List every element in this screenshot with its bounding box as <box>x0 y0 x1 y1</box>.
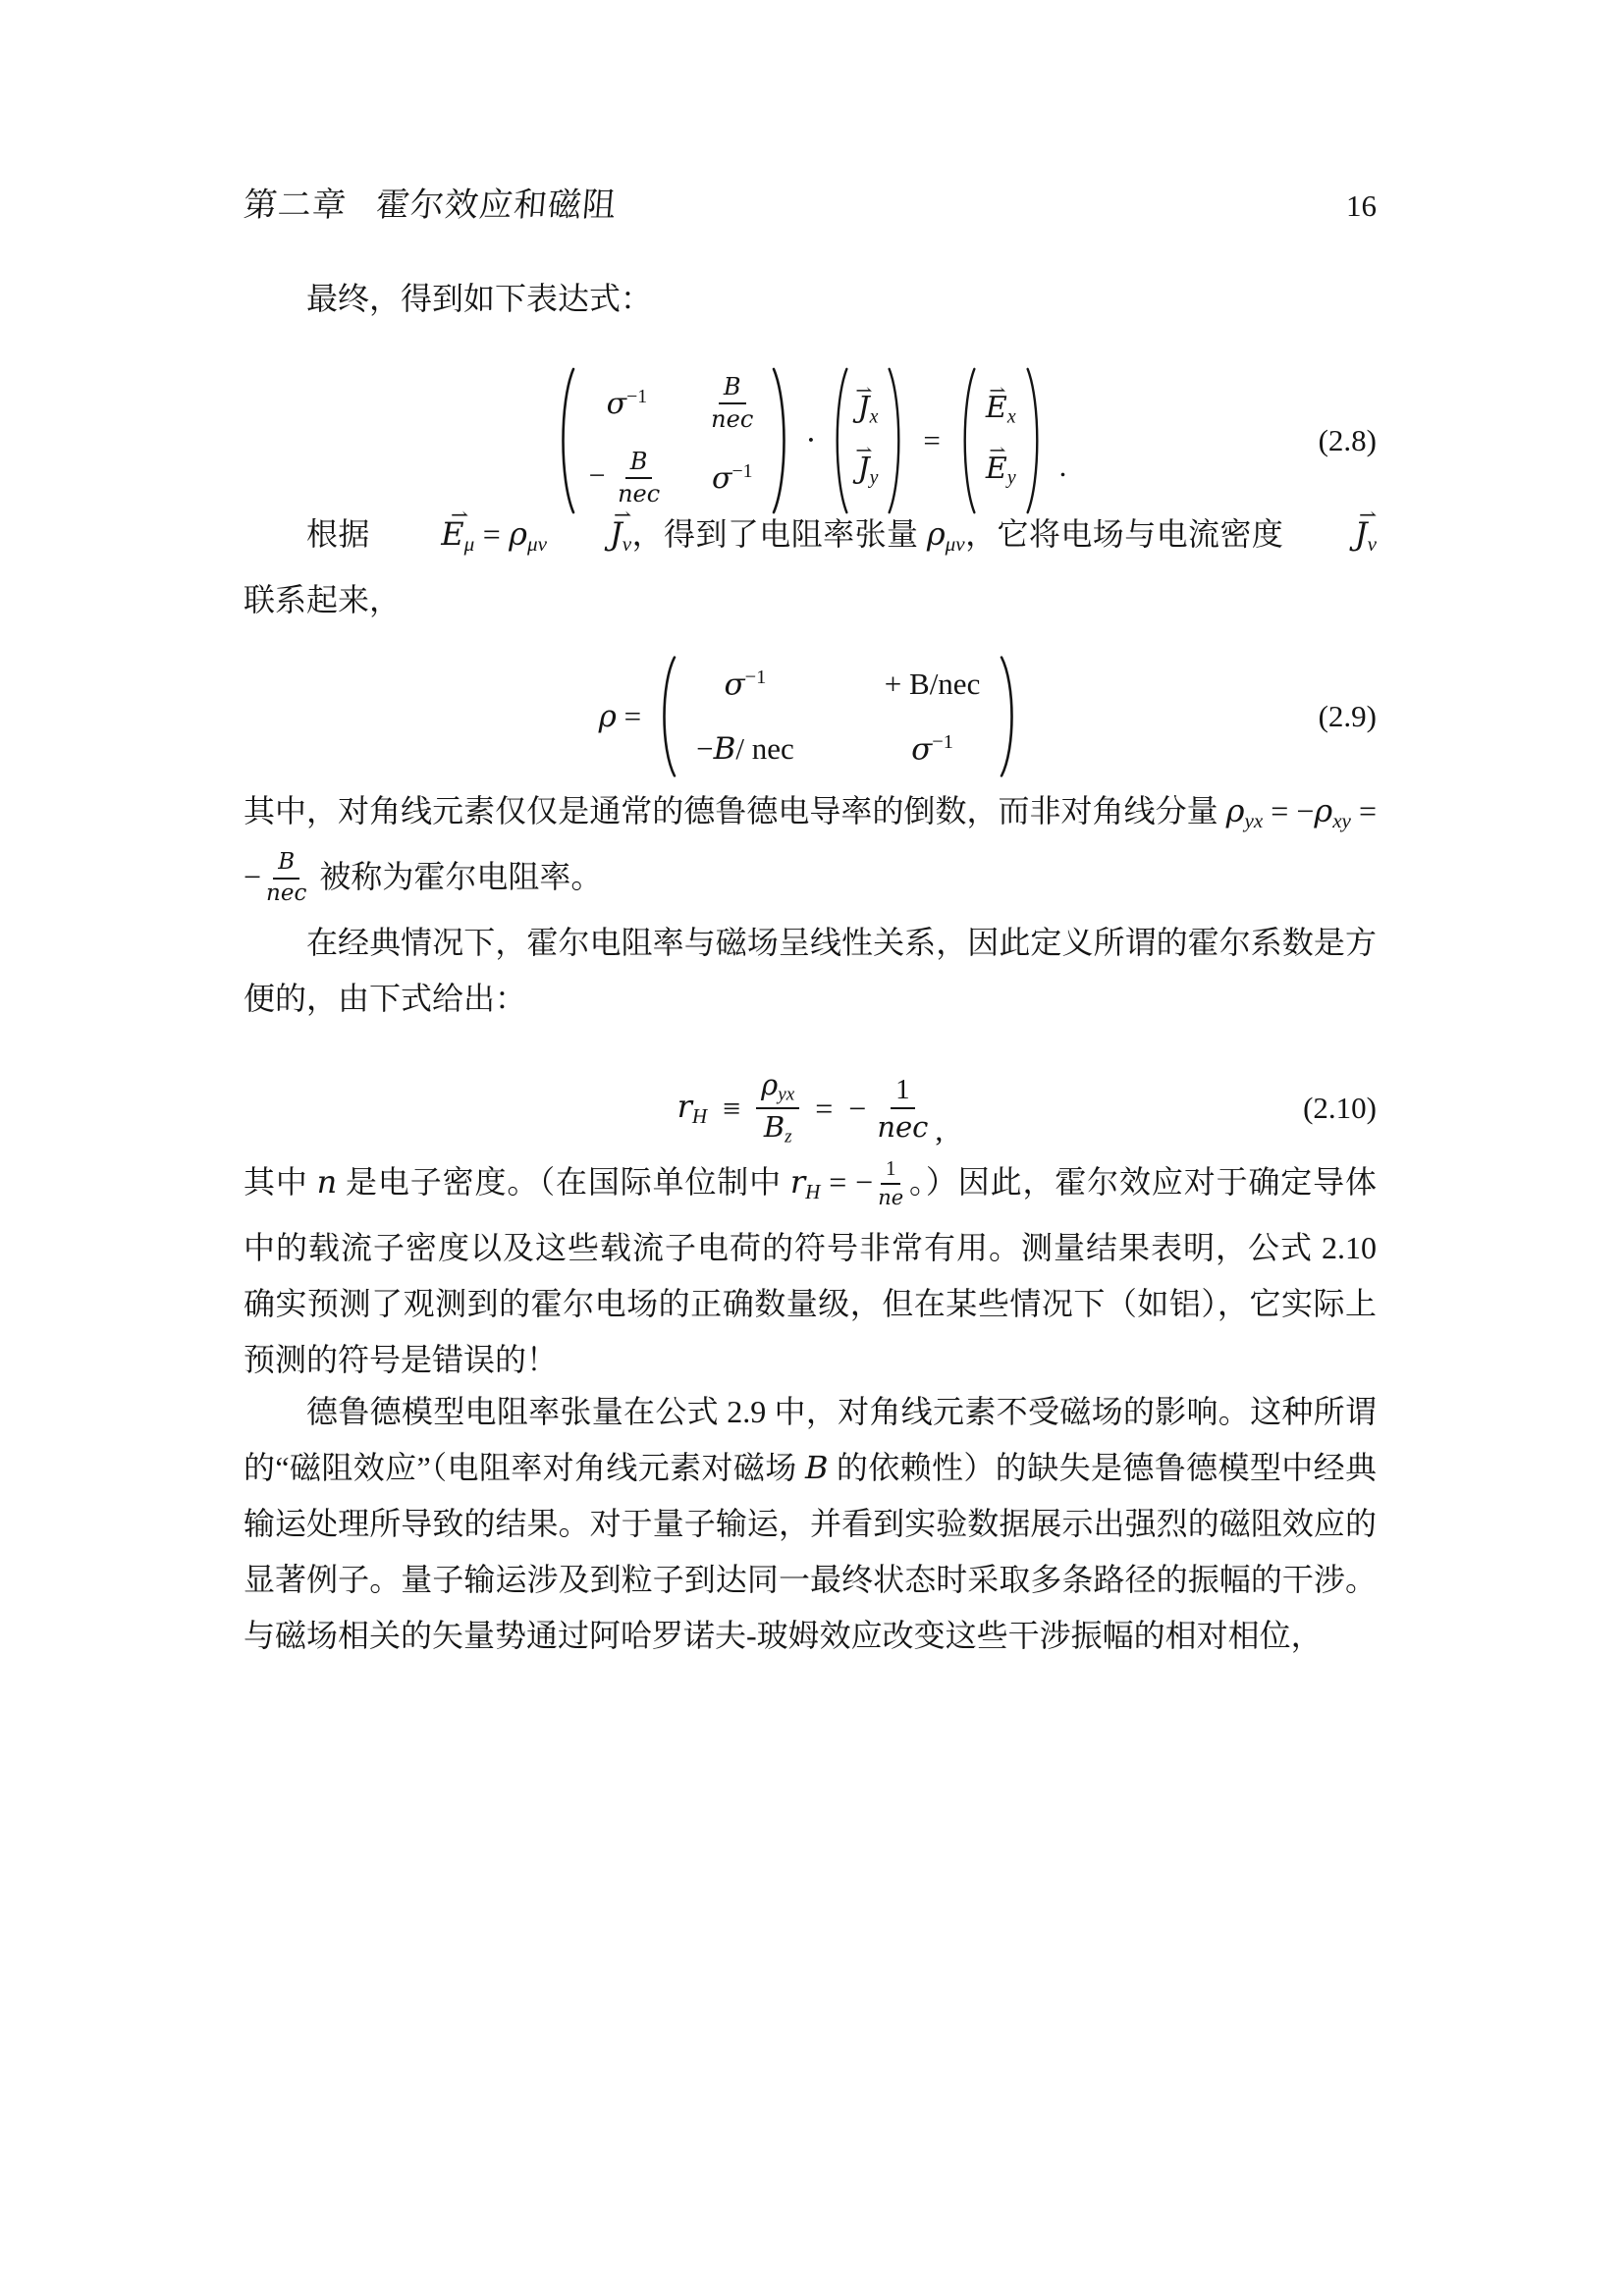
matrix-cells: σ−1 Bnec − Bnec σ−1 <box>577 374 771 507</box>
fraction: 1ne <box>873 1157 908 1209</box>
rho-equals: ρ = <box>599 699 641 734</box>
equation-number: (2.8) <box>1319 423 1377 458</box>
vec-arrow-icon: ⇀ <box>382 507 469 526</box>
dot-operator: · <box>805 422 816 459</box>
equation-2-10: rH ≡ ρyxBz = − 1nec , (2.10) <box>244 1070 1377 1147</box>
vector-E: ⇀E <box>986 454 1007 484</box>
matrix-entry: −B/ nec <box>696 731 794 767</box>
paragraph-hall-resistivity: 其中，对角线元素仅仅是通常的德鲁德电导率的倒数，而非对角线分量 ρyx = −ρ… <box>244 783 1377 908</box>
paren-right-icon <box>770 366 793 515</box>
fraction: Bnec <box>261 850 311 907</box>
vec-arrow-icon: ⇀ <box>1290 507 1378 526</box>
matrix-entry: + B/nec <box>885 667 981 702</box>
matrix-entry: − Bnec <box>589 449 666 507</box>
running-chapter-title: 第二章霍尔效应和磁阻 <box>242 187 618 226</box>
vector-J: ⇀J <box>1292 518 1368 550</box>
paragraph-magnetoresistance: 德鲁德模型电阻率张量在公式 2.9 中，对角线元素不受磁场的影响。这种所谓的“磁… <box>244 1384 1377 1664</box>
vector-entry: ⇀Ex <box>986 392 1016 429</box>
paragraph-electron-density: 其中 n 是电子密度。（在国际单位制中 rH = −1ne。）因此，霍尔效应对于… <box>244 1154 1377 1388</box>
page-header: 第二章霍尔效应和磁阻 16 <box>244 187 1377 226</box>
equation-number: (2.10) <box>1303 1091 1377 1126</box>
fraction: Bnec <box>706 374 758 433</box>
vector-entry: ⇀Ey <box>986 453 1016 490</box>
vector-E: ⇀E <box>378 518 463 550</box>
equation-2-8: σ−1 Bnec − Bnec σ−1 · ⇀Jx ⇀Jy = <box>244 363 1377 518</box>
matrix-entry: σ−1 <box>607 386 648 421</box>
equation-2-9: ρ = σ−1 + B/nec −B/ nec σ−1 (2.9) <box>244 652 1377 781</box>
fraction: ρyxBz <box>756 1069 799 1148</box>
paren-left-icon <box>829 366 850 515</box>
resistivity-matrix: σ−1 Bnec − Bnec σ−1 <box>554 366 794 515</box>
electric-field-vector: ⇀Ex ⇀Ey <box>956 366 1046 515</box>
text-column: 第二章霍尔效应和磁阻 16 最终，得到如下表达式： σ−1 Bnec − Bne… <box>244 0 1377 2296</box>
paragraph-intro: 最终，得到如下表达式： <box>244 271 1377 327</box>
paragraph-hall-coefficient: 在经典情况下，霍尔电阻率与磁场呈线性关系，因此定义所谓的霍尔系数是方便的，由下式… <box>244 915 1377 1027</box>
vector-entry: ⇀Jy <box>858 453 879 490</box>
vector-J: ⇀J <box>547 518 623 550</box>
equation-number: (2.9) <box>1319 699 1377 734</box>
matrix-entry: σ−1 <box>724 667 766 702</box>
paren-left-icon <box>956 366 978 515</box>
paragraph-resistivity-tensor: 根据 ⇀Eμ = ρμv⇀Jv，得到了电阻率张量 ρμv，它将电场与电流密度 ⇀… <box>244 507 1377 628</box>
trailing-period: . <box>1059 449 1067 484</box>
hall-coefficient-symbol: rH <box>677 1088 708 1129</box>
paren-right-icon <box>1024 366 1046 515</box>
vec-arrow-icon: ⇀ <box>856 443 873 461</box>
matrix-entry: σ−1 <box>911 731 953 767</box>
minus-sign: − <box>848 1091 866 1127</box>
vector-cells: ⇀Jx ⇀Jy <box>850 392 887 489</box>
current-density-vector: ⇀Jx ⇀Jy <box>829 366 908 515</box>
matrix-entry: σ−1 <box>712 460 753 496</box>
page-number: 16 <box>1346 187 1377 226</box>
equals-sign: = <box>923 423 940 458</box>
fraction: Bnec <box>613 449 665 507</box>
equiv-sign: ≡ <box>723 1091 740 1127</box>
vec-arrow-icon: ⇀ <box>989 383 1005 401</box>
trailing-comma: , <box>935 1112 943 1148</box>
fraction: 1nec <box>872 1074 933 1144</box>
paren-left-icon <box>554 366 577 515</box>
vec-arrow-icon: ⇀ <box>545 507 632 526</box>
document-page: 第二章霍尔效应和磁阻 16 最终，得到如下表达式： σ−1 Bnec − Bne… <box>0 0 1624 2296</box>
paren-right-icon <box>998 655 1021 778</box>
equals-sign: = <box>815 1091 833 1127</box>
resistivity-matrix: σ−1 + B/nec −B/ nec σ−1 <box>655 655 1021 778</box>
matrix-entry: Bnec <box>706 374 758 433</box>
matrix-cells: σ−1 + B/nec −B/ nec σ−1 <box>678 667 998 768</box>
vector-cells: ⇀Ex ⇀Ey <box>978 392 1024 489</box>
paren-right-icon <box>886 366 907 515</box>
paren-left-icon <box>655 655 678 778</box>
chapter-name: 霍尔效应和磁阻 <box>374 187 618 224</box>
vector-E: ⇀E <box>986 394 1007 423</box>
vector-J: ⇀J <box>858 394 870 423</box>
vector-entry: ⇀Jx <box>858 392 879 429</box>
chapter-label: 第二章 <box>242 187 348 224</box>
vec-arrow-icon: ⇀ <box>989 443 1005 461</box>
vec-arrow-icon: ⇀ <box>856 383 873 401</box>
vector-J: ⇀J <box>858 454 870 484</box>
